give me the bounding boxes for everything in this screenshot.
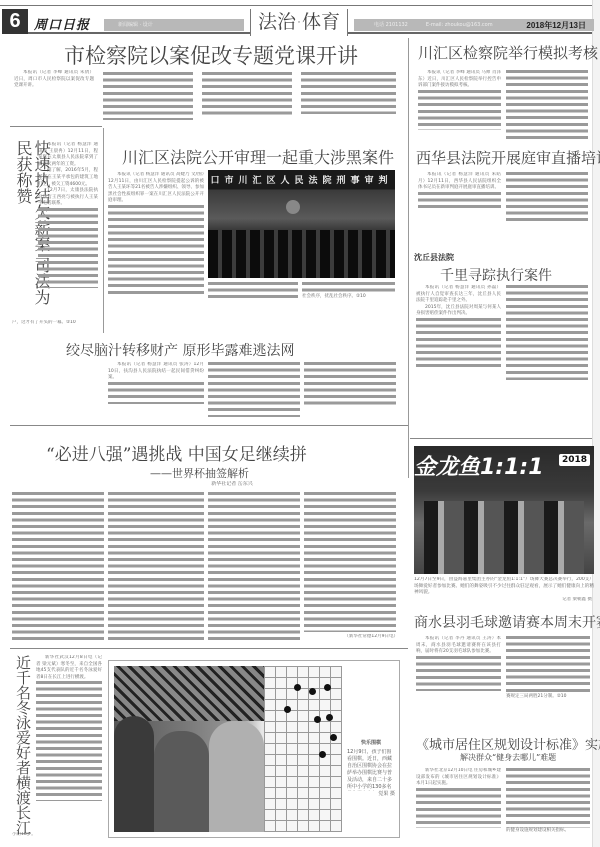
page-number: 6	[2, 9, 28, 34]
asset-body-col2	[208, 362, 300, 417]
winter-swim-byline: 新华社武汉12月8日电（记者 梁元斌）寒冬至，来自全国各地45支代表队的近千名冬…	[36, 655, 102, 681]
go-photo-credit: 觉果 摄	[347, 791, 395, 798]
lead-byline: 本报讯（记者 李峰 通讯员 朱倩）近日，周口市人民检察院以案促改专题党课开讲。	[14, 70, 94, 90]
page-right-margin	[592, 0, 600, 847]
asset-body-col1: 本报讯（记者 杨慧洋 通讯员 张涛）12月10日，扶沟县人民法院执结一起民间借贷…	[108, 362, 204, 414]
standard-body-col2: 的健身设施规划建设相关指标。	[506, 768, 590, 840]
asset-byline: 本报讯（记者 杨慧洋 通讯员 张涛）12月10日，扶沟县人民法院执结一起民间借贷…	[108, 362, 204, 382]
audience-rows	[208, 230, 395, 278]
standard-byline: 新华社北京12月10日电 住房和城乡建设部发布的《城市居住区规划设计标准》本月1…	[416, 768, 501, 788]
football-ending: （新华社常德12月9日电）	[318, 634, 398, 642]
lead-body-col2	[103, 72, 193, 120]
lead-body-col3	[202, 72, 292, 118]
procuratorate-headline: 川汇区检察院举行模拟考核	[418, 42, 598, 63]
wage-para3: 12月7日，太康县法院执行法官王西亮与被执行人王某平电话联系。	[38, 188, 98, 208]
editor-band: 新闻编辑 · 设计	[104, 19, 244, 31]
xihua-body-col1: 本报讯（记者 杨慧洋 通讯员 朱皓月）12月11日，西华县人民法院组织全体书记员…	[418, 172, 501, 227]
court-emblem	[286, 200, 300, 214]
court-trial-body-col3	[208, 282, 298, 300]
xihua-body-col2	[506, 172, 588, 222]
asset-headline: 绞尽脑汁转移财产 原形毕露难逃法网	[66, 340, 294, 360]
xihua-byline: 本报讯（记者 杨慧洋 通讯员 朱皓月）12月11日，西华县人民法院组织全体书记员…	[418, 172, 501, 192]
dance-banner-year: 2018	[559, 454, 590, 466]
winter-swim-headline: 近千名冬泳爱好者横渡长江	[14, 655, 31, 840]
xihua-headline: 西华县法院开展庭审直播培训	[416, 147, 600, 168]
football-body-col1	[12, 492, 104, 640]
standard-subheadline: 解决群众“健身去哪儿”难题	[460, 752, 556, 763]
divider	[410, 438, 592, 439]
court-trial-end-text: 社会秩序，扰乱社会秩序。②10	[302, 294, 366, 299]
lead-body-col1: 本报讯（记者 李峰 通讯员 朱倩）近日，周口市人民检察院以案促改专题党课开讲。	[14, 70, 94, 120]
procuratorate-body-col1: 本报讯（记者 李峰 通讯员 马帅 肖泽东）近日，川汇区人民检察院举行控告申诉部门…	[418, 70, 501, 145]
shenqiu-body-col1: 本报讯（记者 杨慧洋 通讯员 孙磊）被执行人自觉审查长达三年，沈丘县人民法院千里…	[416, 285, 501, 388]
football-body-col3	[208, 492, 300, 640]
badminton-ending: 赛规定三局两胜21分制。②10	[506, 694, 567, 699]
standard-headline: 《城市居住区规划设计标准》实施	[416, 734, 600, 753]
lattice-window	[114, 666, 264, 721]
wage-ending: 户，这才有了开头的一幕。②10	[12, 320, 102, 328]
phone-info: 电话 2101132	[374, 19, 408, 31]
shenqiu-body-col2	[506, 285, 588, 380]
badminton-body-col1: 本报讯（记者 李丹 通讯员 王涛）本周末，商水县羽毛球邀请赛将在该县打响，届时将…	[416, 636, 501, 704]
go-photo	[114, 666, 342, 832]
dancers	[424, 501, 584, 574]
court-trial-headline: 川汇区法院公开审理一起重大涉黑案件	[122, 145, 394, 168]
football-subheadline: ——世界杯抽签解析	[150, 465, 249, 481]
go-caption: 快乐围棋 12月9日，孩子们围看围棋。近日，西藏自治区围棋协会在拉萨举办围棋比赛…	[347, 740, 395, 798]
dance-photo: 金龙鱼1:1:1 2018	[414, 446, 594, 574]
child-middle	[154, 731, 209, 832]
badminton-body-col2: 赛规定三局两胜21分制。②10	[506, 636, 590, 706]
paper-logo: 周口日报	[34, 14, 90, 33]
football-byline: 新华社记者 岳东兴	[172, 481, 292, 489]
shenqiu-kicker: 沈丘县法院	[414, 252, 454, 263]
wage-byline: 本报讯（记者 杨慧洋 通讯员 王晨冉）12月11日，程某辉在太康县人民法院拿到了…	[38, 142, 98, 168]
football-headline: “必进八强”遇挑战 中国女足继续拼	[46, 440, 307, 465]
masthead: 6 周口日报 新闻编辑 · 设计 法治·体育 电话 2101132 E-mail…	[2, 6, 592, 34]
dance-banner: 金龙鱼1:1:1	[414, 450, 544, 481]
court-trial-byline: 本报讯（记者 杨慧洋 通讯员 高婕乃 文/图）12月11日，由川汇区人民检察院提…	[108, 172, 204, 205]
standard-ending: 的健身设施规划建设相关指标。	[506, 828, 569, 833]
child-left	[114, 716, 154, 832]
wage-para2: 据了解，2016年5月，程某辉在王某平承包的建筑工地打工，被欠工资4600元。	[38, 168, 98, 188]
courtroom-photo: 口市川汇区人民法院刑事审判	[208, 170, 395, 278]
go-caption-title: 快乐围棋	[347, 740, 395, 747]
standard-body-col1: 新华社北京12月10日电 住房和城乡建设部发布的《城市居住区规划设计标准》本月1…	[416, 768, 501, 840]
shenqiu-para2: 2015年，沈丘县法院对周某与何某人身损害赔偿案件作出判决。	[416, 305, 501, 318]
courtroom-banner: 口市川汇区人民法院刑事审判	[208, 173, 395, 186]
section-title: 法治·体育	[250, 9, 348, 36]
winter-swim-body: 新华社武汉12月8日电（记者 梁元斌）寒冬至，来自全国各地45支代表队的近千名冬…	[36, 655, 102, 830]
dance-caption: 12月7日至9日，由益海嘉里集团主办的“金龙鱼1:1:1”广场舞大赛总决赛举行，…	[414, 577, 594, 597]
winter-swim-ending: 小的18岁。	[12, 832, 102, 840]
column-rule	[103, 128, 104, 333]
email-info: E-mail: zhoukou@163.com	[426, 19, 493, 31]
court-trial-ending: 社会秩序，扰乱社会秩序。②10	[302, 282, 395, 302]
column-rule	[408, 38, 409, 478]
lead-headline: 市检察院以案促改专题党课开讲	[64, 40, 358, 70]
contact-band: 电话 2101132 E-mail: zhoukou@163.com 2018年…	[354, 19, 594, 31]
dance-credit: 记者 梁朝鑫 摄	[530, 597, 592, 604]
procuratorate-byline: 本报讯（记者 李峰 通讯员 马帅 肖泽东）近日，川汇区人民检察院举行控告申诉部门…	[418, 70, 501, 90]
football-body-col2	[108, 492, 204, 640]
football-body-col4	[304, 492, 396, 632]
lead-body-col4	[301, 72, 396, 114]
shenqiu-byline: 本报讯（记者 杨慧洋 通讯员 孙磊）被执行人自觉审查长达三年，沈丘县人民法院千里…	[416, 285, 501, 305]
wage-body: 本报讯（记者 杨慧洋 通讯员 王晨冉）12月11日，程某辉在太康县人民法院拿到了…	[38, 142, 98, 317]
divider	[10, 648, 408, 649]
go-board	[264, 666, 342, 832]
asset-body-col3	[304, 362, 396, 407]
shenqiu-headline: 千里寻踪执行案件	[440, 265, 552, 285]
badminton-headline: 商水县羽毛球邀请赛本周末开赛	[414, 612, 600, 632]
go-caption-text: 12月9日，孩子们围看围棋。近日，西藏自治区围棋协会在拉萨举办围棋比赛与普及活动…	[347, 749, 395, 791]
badminton-byline: 本报讯（记者 李丹 通讯员 王涛）本周末，商水县羽毛球邀请赛将在该县打响，届时将…	[416, 636, 501, 656]
issue-date: 2018年12月13日	[526, 20, 586, 31]
procuratorate-body-col2	[506, 70, 588, 140]
divider	[10, 425, 408, 426]
divider	[10, 126, 102, 127]
court-trial-body: 本报讯（记者 杨慧洋 通讯员 高婕乃 文/图）12月11日，由川汇区人民检察院提…	[108, 172, 204, 302]
child-right	[209, 721, 264, 832]
